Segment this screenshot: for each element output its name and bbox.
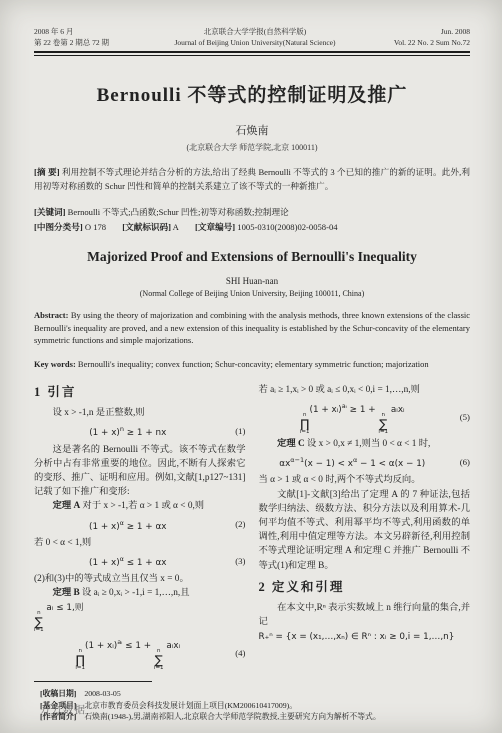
eq6-part3: − 1 < α(x − 1): [357, 459, 425, 469]
eq5-relation: ≥ 1 +: [347, 405, 379, 415]
equation-4-body: n∏i=1(1 + xᵢ)aᵢ ≤ 1 + n∑i=1 aᵢxᵢ: [34, 635, 222, 671]
fund-line: [基金项目] 北京市教育委员会科技发展计划面上项目(KM200610417009…: [34, 700, 470, 712]
header-date-en: Jun. 2008: [358, 26, 470, 37]
keywords-en-text: Bernoulli's inequality; convex function;…: [78, 359, 429, 369]
abstract-en-label: Abstract:: [34, 310, 68, 320]
theorem-a: 定理 A 对于 x > -1,若 α > 1 或 α < 0,则: [34, 499, 246, 513]
paper-title-en: Majorized Proof and Extensions of Bernou…: [34, 249, 470, 265]
equation-4: n∏i=1(1 + xᵢ)aᵢ ≤ 1 + n∑i=1 aᵢxᵢ (4): [34, 635, 246, 671]
doc-code-label: [文献标识码]: [122, 222, 171, 232]
product-operator: n∏i=1: [75, 649, 85, 671]
affiliation-en: (Normal College of Beijing Union Univers…: [34, 289, 470, 298]
header-volume-en: Vol. 22 No. 2 Sum No.72: [358, 37, 470, 48]
theorem-c-text: 设 x > 0,x ≠ 1,则当 0 < α < 1 时,: [305, 439, 431, 449]
section-1-heading: 1 引言: [34, 385, 246, 399]
body-columns: 1 引言 设 x > -1,n 是正整数,则 (1 + x)n ≥ 1 + nx…: [34, 383, 470, 673]
abstract-cn-label: [摘 要]: [34, 167, 60, 177]
paragraph: 当 α > 1 或 α < 0 时,两个不等式均反向。: [259, 473, 471, 487]
journal-name-cn: 北京联合大学学报(自然科学版): [152, 26, 358, 37]
section-2-heading: 2 定义和引理: [259, 580, 471, 594]
sum-lower-limit: i=1: [378, 430, 388, 435]
abstract-en-text: By using the theory of majorization and …: [34, 310, 470, 346]
equation-4-number: (4): [222, 646, 246, 660]
eq1-rhs: ≥ 1 + nx: [124, 428, 166, 438]
journal-name-en: Journal of Beijing Union University(Natu…: [152, 37, 358, 48]
sum-operator: n∑i=1: [34, 611, 44, 633]
eq4-summand: aᵢxᵢ: [164, 641, 181, 651]
set-definition-line: R₊ⁿ = {x = (x₁,…,xₙ) ∈ Rⁿ : xᵢ ≥ 0,i = 1…: [259, 630, 471, 644]
product-lower-limit: i=1: [75, 666, 85, 671]
theorem-a-text: 对于 x > -1,若 α > 1 或 α < 0,则: [80, 501, 204, 511]
doc-code-value: A: [173, 222, 179, 232]
received-date-value: 2008-03-05: [84, 689, 120, 698]
equation-2: (1 + x)α ≥ 1 + αx (2): [34, 516, 246, 534]
eq5-summand: aᵢxᵢ: [388, 405, 405, 415]
journal-page: 2008 年 6 月 第 22 卷第 2 期总 72 期 北京联合大学学报(自然…: [0, 0, 502, 733]
right-column: 若 aᵢ ≥ 1,xᵢ > 0 或 aᵢ ≤ 0,xᵢ < 0,i = 1,…,…: [259, 383, 471, 673]
equation-1: (1 + x)n ≥ 1 + nx (1): [34, 422, 246, 440]
running-head: 2008 年 6 月 第 22 卷第 2 期总 72 期 北京联合大学学报(自然…: [34, 26, 470, 48]
equation-5-number: (5): [446, 410, 470, 424]
keywords-cn: [关键词] Bernoulli 不等式;凸函数;Schur 凹性;初等对称函数;…: [34, 206, 470, 220]
classification-line: [中图分类号] O 178 [文献标识码] A [文章编号] 1005-0310…: [34, 221, 470, 233]
eq4-factor: (1 + xᵢ): [85, 641, 117, 651]
equation-1-number: (1): [222, 424, 246, 438]
article-id-label: [文章编号]: [195, 222, 235, 232]
affiliation-cn: (北京联合大学 师范学院,北京 100011): [34, 142, 470, 153]
header-date-cn: 2008 年 6 月: [34, 26, 152, 37]
header-divider: [34, 51, 470, 56]
author-name-en: SHI Huan-nan: [34, 276, 470, 286]
theorem-b: 定理 B 设 aᵢ ≥ 0,xᵢ > -1,i = 1,…,n,且: [34, 586, 246, 600]
sum-operator: n∑i=1: [378, 413, 388, 435]
eq6-part2: (x − 1) < x: [304, 459, 353, 469]
eq5-factor: (1 + xᵢ): [310, 405, 342, 415]
fund-value: 北京市教育委员会科技发展计划面上项目(KM200610417009)。: [84, 701, 297, 710]
received-date-line: [收稿日期] 2008-03-05: [34, 688, 470, 700]
eq6-exponent1: α−1: [290, 456, 304, 464]
eq2-base: (1 + x): [89, 521, 120, 531]
footnote-divider: [34, 681, 152, 682]
theorem-c-label: 定理 C: [277, 439, 305, 449]
equation-6-number: (6): [446, 455, 470, 469]
keywords-en: Key words: Bernoulli's inequality; conve…: [34, 358, 470, 371]
header-right: Jun. 2008 Vol. 22 No. 2 Sum No.72: [358, 26, 470, 48]
sum-condition-text: aᵢ ≤ 1,则: [44, 603, 84, 613]
paragraph: 这是著名的 Bernoulli 不等式。该不等式在数学分析中占有非常重要的地位。…: [34, 443, 246, 500]
sum-condition-line: n∑i=1 aᵢ ≤ 1,则: [34, 601, 246, 633]
eq3-base: (1 + x): [89, 558, 120, 568]
header-volume-cn: 第 22 卷第 2 期总 72 期: [34, 37, 152, 48]
product-operator: n∏i=1: [300, 413, 310, 435]
keywords-en-label: Key words:: [34, 359, 76, 369]
paragraph: 在本文中,Rⁿ 表示实数域上 n 维行向量的集合,并记: [259, 601, 471, 629]
clc-value: O 178: [85, 222, 106, 232]
equation-1-body: (1 + x)n ≥ 1 + nx: [34, 422, 222, 440]
wanfang-watermark: 万方数据: [40, 702, 86, 717]
abstract-en: Abstract: By using the theory of majoriz…: [34, 309, 470, 347]
theorem-a-label: 定理 A: [53, 501, 81, 511]
received-date-label: [收稿日期]: [40, 689, 76, 698]
eq1-base: (1 + x): [89, 428, 120, 438]
sum-lower-limit: i=1: [154, 666, 164, 671]
equation-2-body: (1 + x)α ≥ 1 + αx: [34, 516, 222, 534]
eq3-rhs: ≤ 1 + αx: [124, 558, 167, 568]
author-name-cn: 石焕南: [34, 122, 470, 138]
header-left: 2008 年 6 月 第 22 卷第 2 期总 72 期: [34, 26, 152, 48]
theorem-c: 定理 C 设 x > 0,x ≠ 1,则当 0 < α < 1 时,: [259, 437, 471, 451]
abstract-cn-text: 利用控制不等式理论并结合分析的方法,给出了经典 Bernoulli 不等式的 3…: [34, 167, 470, 191]
equation-3-body: (1 + x)α ≤ 1 + αx: [34, 552, 222, 570]
clc-label: [中图分类号]: [34, 222, 83, 232]
equation-3-number: (3): [222, 554, 246, 568]
paragraph: (2)和(3)中的等式成立当且仅当 x = 0。: [34, 572, 246, 586]
article-id-value: 1005-0310(2008)02-0058-04: [237, 222, 337, 232]
eq4-relation: ≤ 1 +: [122, 641, 154, 651]
paragraph: 文献[1]-文献[3]给出了定理 A 的 7 种证法,包括数学归纳法、级数方法、…: [259, 488, 471, 573]
header-center: 北京联合大学学报(自然科学版) Journal of Beijing Union…: [152, 26, 358, 48]
keywords-cn-label: [关键词]: [34, 207, 66, 217]
equation-3: (1 + x)α ≤ 1 + αx (3): [34, 552, 246, 570]
equation-6: αxα−1(x − 1) < xα − 1 < α(x − 1) (6): [259, 453, 471, 471]
left-column: 1 引言 设 x > -1,n 是正整数,则 (1 + x)n ≥ 1 + nx…: [34, 383, 246, 673]
eq2-rhs: ≥ 1 + αx: [124, 521, 167, 531]
equation-2-number: (2): [222, 517, 246, 531]
equation-5-body: n∏i=1(1 + xᵢ)aᵢ ≥ 1 + n∑i=1 aᵢxᵢ: [259, 399, 447, 435]
product-lower-limit: i=1: [300, 430, 310, 435]
sum-operator: n∑i=1: [154, 649, 164, 671]
equation-6-body: αxα−1(x − 1) < xα − 1 < α(x − 1): [259, 453, 447, 471]
keywords-cn-text: Bernoulli 不等式;凸函数;Schur 凹性;初等对称函数;控制理论: [68, 207, 289, 217]
paragraph: 若 aᵢ ≥ 1,xᵢ > 0 或 aᵢ ≤ 0,xᵢ < 0,i = 1,…,…: [259, 383, 471, 397]
author-bio-line: [作者简介] 石焕南(1948-),男,湖南祁阳人,北京联合大学师范学院教授,主…: [34, 711, 470, 723]
footnote-block: [收稿日期] 2008-03-05 [基金项目] 北京市教育委员会科技发展计划面…: [34, 681, 470, 723]
theorem-b-text: 设 aᵢ ≥ 0,xᵢ > -1,i = 1,…,n,且: [80, 588, 190, 598]
eq6-part1: αx: [279, 459, 290, 469]
sum-lower-limit: i=1: [34, 628, 44, 633]
paragraph: 若 0 < α < 1,则: [34, 536, 246, 550]
author-bio-value: 石焕南(1948-),男,湖南祁阳人,北京联合大学师范学院教授,主要研究方向为解…: [84, 712, 380, 721]
paper-title-cn: Bernoulli 不等式的控制证明及推广: [34, 80, 470, 107]
paragraph: 设 x > -1,n 是正整数,则: [34, 406, 246, 420]
equation-5: n∏i=1(1 + xᵢ)aᵢ ≥ 1 + n∑i=1 aᵢxᵢ (5): [259, 399, 471, 435]
theorem-b-label: 定理 B: [53, 588, 80, 598]
abstract-cn: [摘 要] 利用控制不等式理论并结合分析的方法,给出了经典 Bernoulli …: [34, 166, 470, 193]
